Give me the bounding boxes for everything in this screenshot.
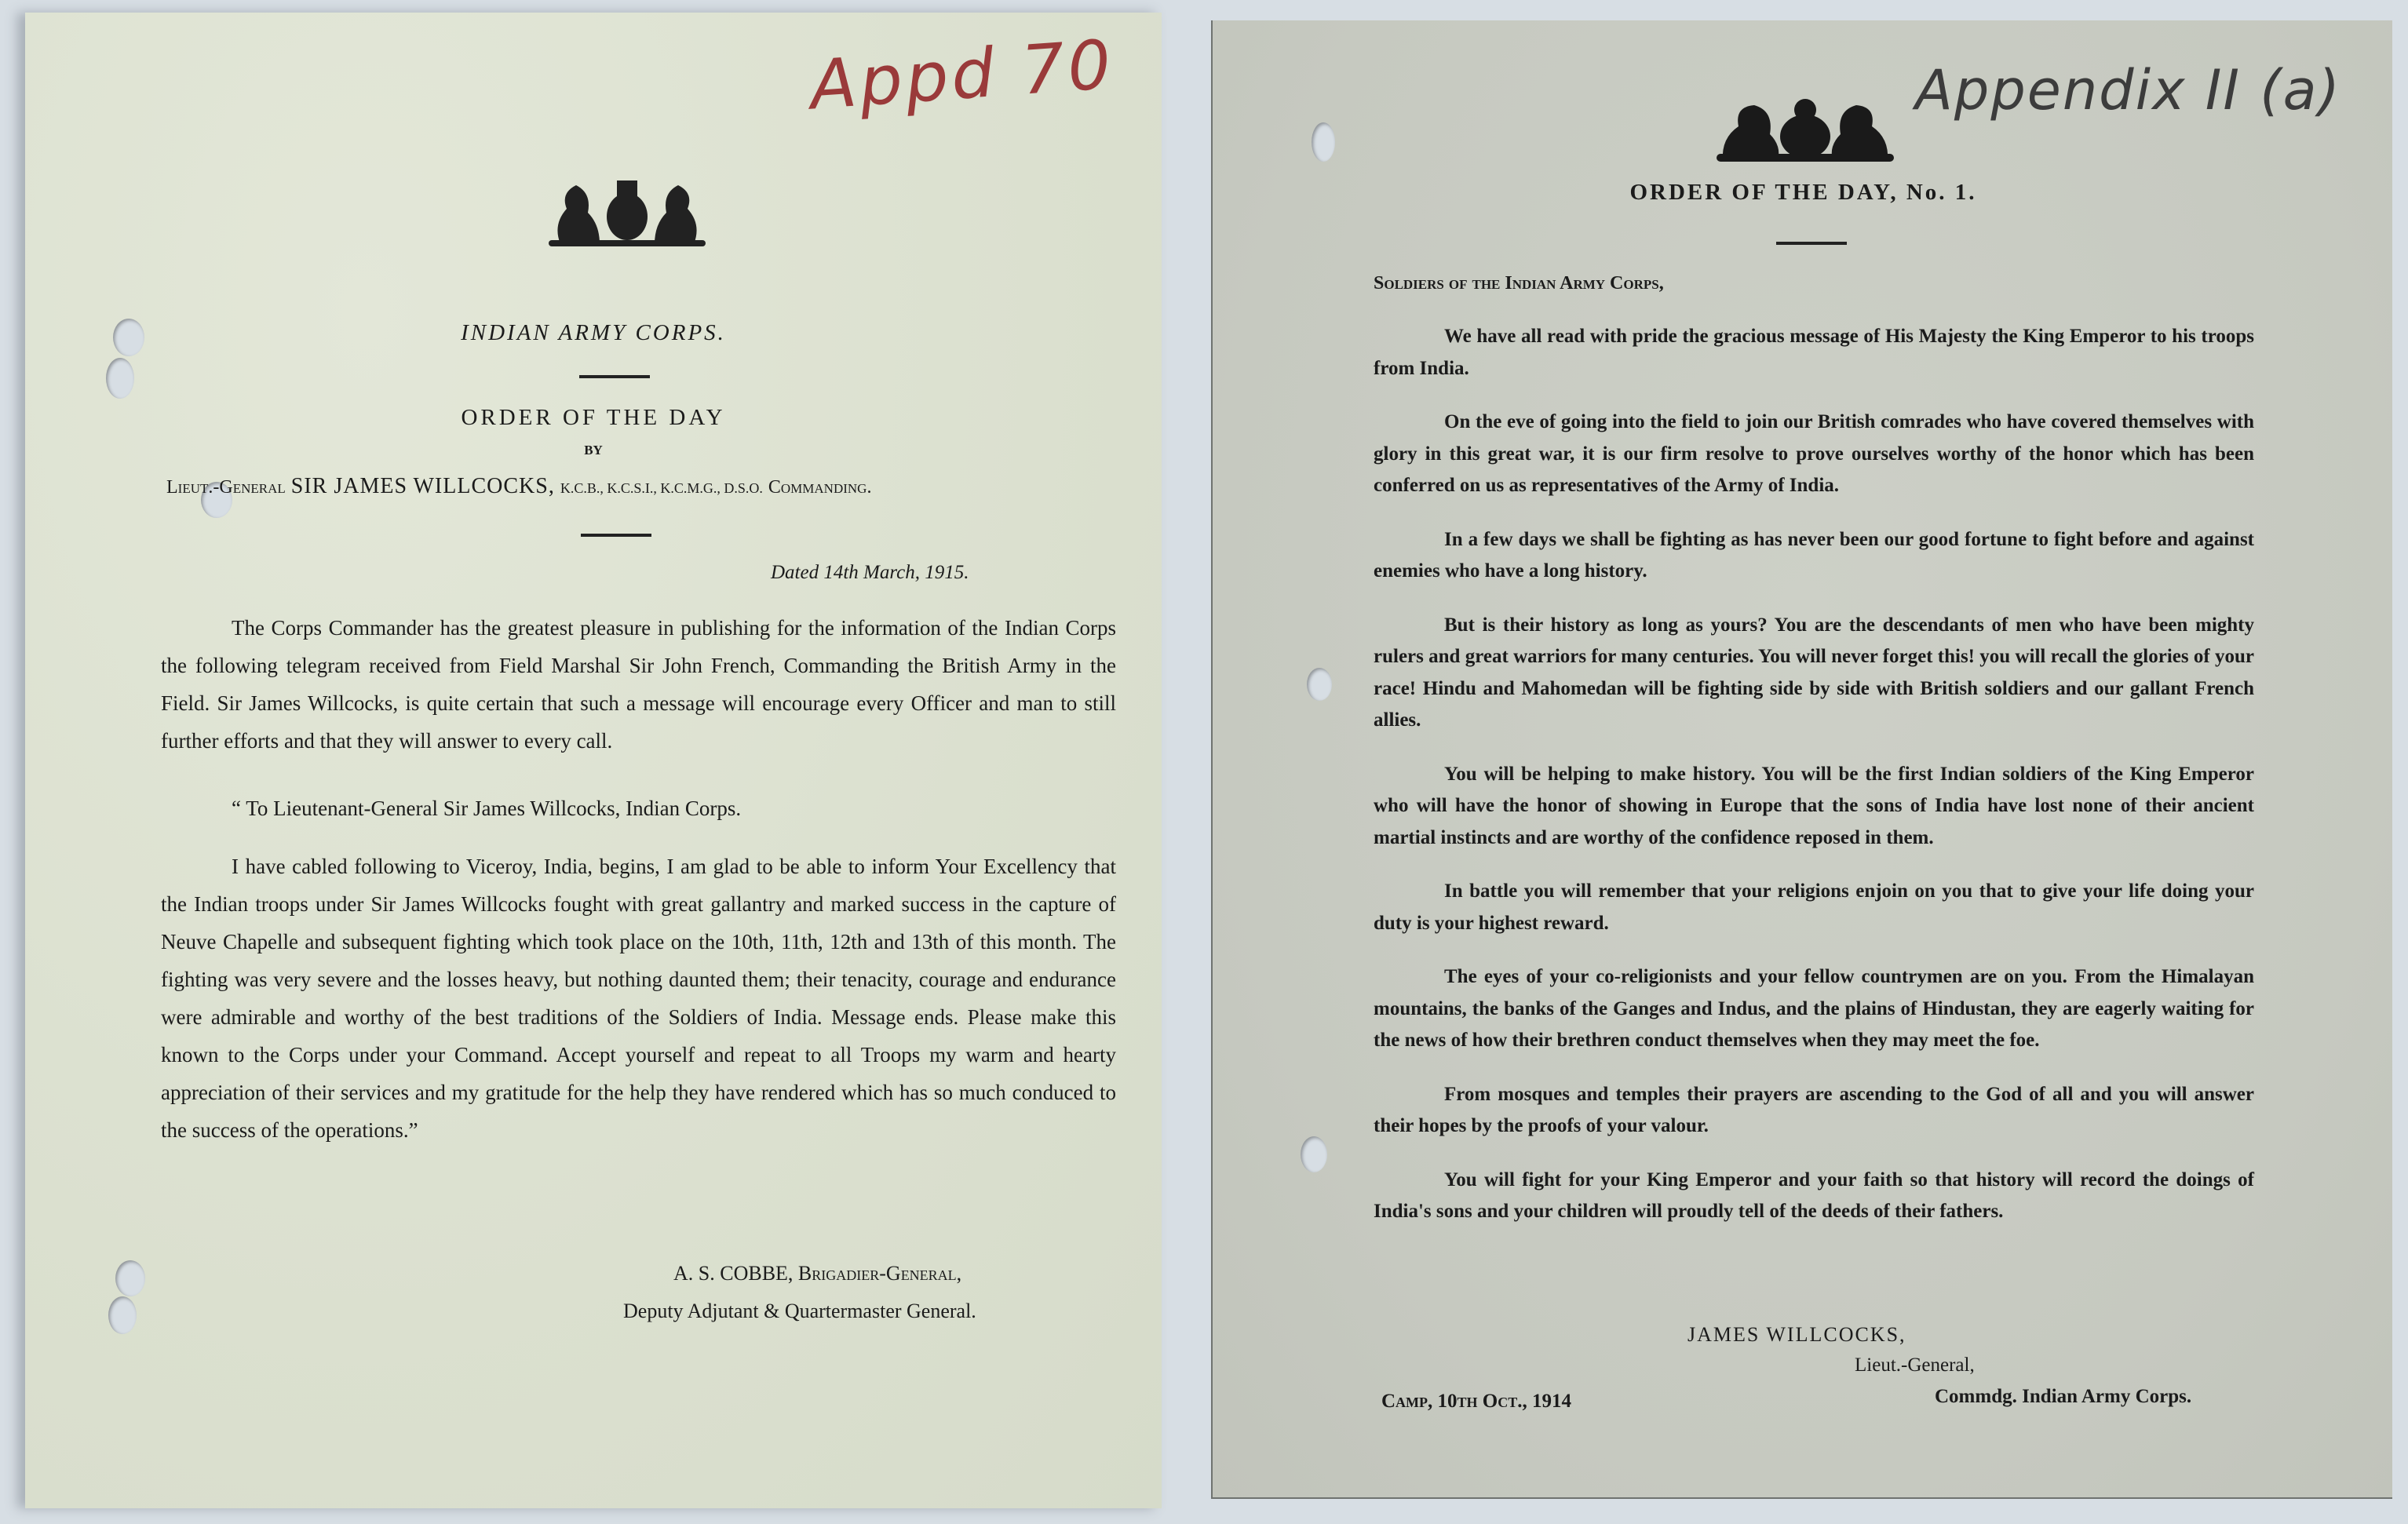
handwritten-annotation: Appendix II (a) xyxy=(1915,58,2341,122)
body-paragraph: But is their history as long as yours? Y… xyxy=(1374,610,2254,737)
author-name: SIR JAMES WILLCOCKS, xyxy=(291,474,555,498)
author-role: Commanding. xyxy=(768,477,872,498)
right-document-page: Appendix II (a) ORDER OF THE DAY, No. 1.… xyxy=(1211,20,2392,1499)
author-honours: K.C.B., K.C.S.I., K.C.M.G., D.S.O. xyxy=(560,480,763,496)
royal-coat-of-arms-icon xyxy=(1715,99,1895,162)
punch-hole xyxy=(106,358,134,399)
signatory-title: Deputy Adjutant & Quartermaster General. xyxy=(623,1300,976,1323)
corps-heading: INDIAN ARMY CORPS. xyxy=(25,320,1162,346)
salutation: Soldiers of the Indian Army Corps, xyxy=(1374,273,1664,294)
handwritten-annotation: Appd 70 xyxy=(808,26,1116,126)
place-and-date: Camp, 10th Oct., 1914 xyxy=(1381,1391,1571,1413)
order-body: The Corps Commander has the greatest ple… xyxy=(161,609,1116,1149)
order-body: We have all read with pride the gracious… xyxy=(1374,321,2254,1250)
punch-hole xyxy=(1312,122,1335,162)
body-paragraph: The eyes of your co-religionists and you… xyxy=(1374,961,2254,1057)
order-title: ORDER OF THE DAY, No. 1. xyxy=(1213,180,2394,206)
body-paragraph: You will be helping to make history. You… xyxy=(1374,759,2254,855)
body-paragraph: We have all read with pride the gracious… xyxy=(1374,321,2254,385)
punch-hole xyxy=(1301,1136,1327,1172)
order-date: Dated 14th March, 1915. xyxy=(771,562,969,584)
telegram-text: I have cabled following to Viceroy, Indi… xyxy=(161,848,1116,1149)
left-document-page: Appd 70 INDIAN ARMY CORPS. ORDER OF THE … xyxy=(25,13,1162,1508)
punch-hole xyxy=(108,1296,137,1334)
telegram-address: “ To Lieutenant-General Sir James Willco… xyxy=(161,789,1116,827)
body-paragraph: The Corps Commander has the greatest ple… xyxy=(161,609,1116,760)
body-paragraph: On the eve of going into the field to jo… xyxy=(1374,407,2254,502)
by-label: BY xyxy=(25,443,1162,458)
signatory-name: JAMES WILLCOCKS, xyxy=(1687,1323,1906,1347)
royal-coat-of-arms-icon xyxy=(545,177,710,248)
signatory-name: A. S. COBBE, xyxy=(673,1262,793,1285)
body-paragraph: In a few days we shall be fighting as ha… xyxy=(1374,524,2254,588)
order-title: ORDER OF THE DAY xyxy=(25,405,1162,431)
body-paragraph: You will fight for your King Emperor and… xyxy=(1374,1165,2254,1228)
punch-hole xyxy=(1307,668,1332,701)
author-rank: Lieut.-General xyxy=(166,477,286,498)
body-paragraph: From mosques and temples their prayers a… xyxy=(1374,1079,2254,1143)
signatory-rank: Lieut.-General, xyxy=(1855,1354,1975,1376)
divider xyxy=(1776,242,1847,245)
author-line: Lieut.-General SIR JAMES WILLCOCKS, K.C.… xyxy=(166,474,871,499)
punch-hole xyxy=(115,1260,145,1296)
divider xyxy=(579,375,650,378)
divider xyxy=(581,534,651,537)
body-paragraph: In battle you will remember that your re… xyxy=(1374,876,2254,939)
signatory-rank: Brigadier-General, xyxy=(798,1262,961,1285)
signature-block: A. S. COBBE, Brigadier-General, xyxy=(673,1262,961,1285)
signatory-title: Commdg. Indian Army Corps. xyxy=(1935,1386,2191,1408)
